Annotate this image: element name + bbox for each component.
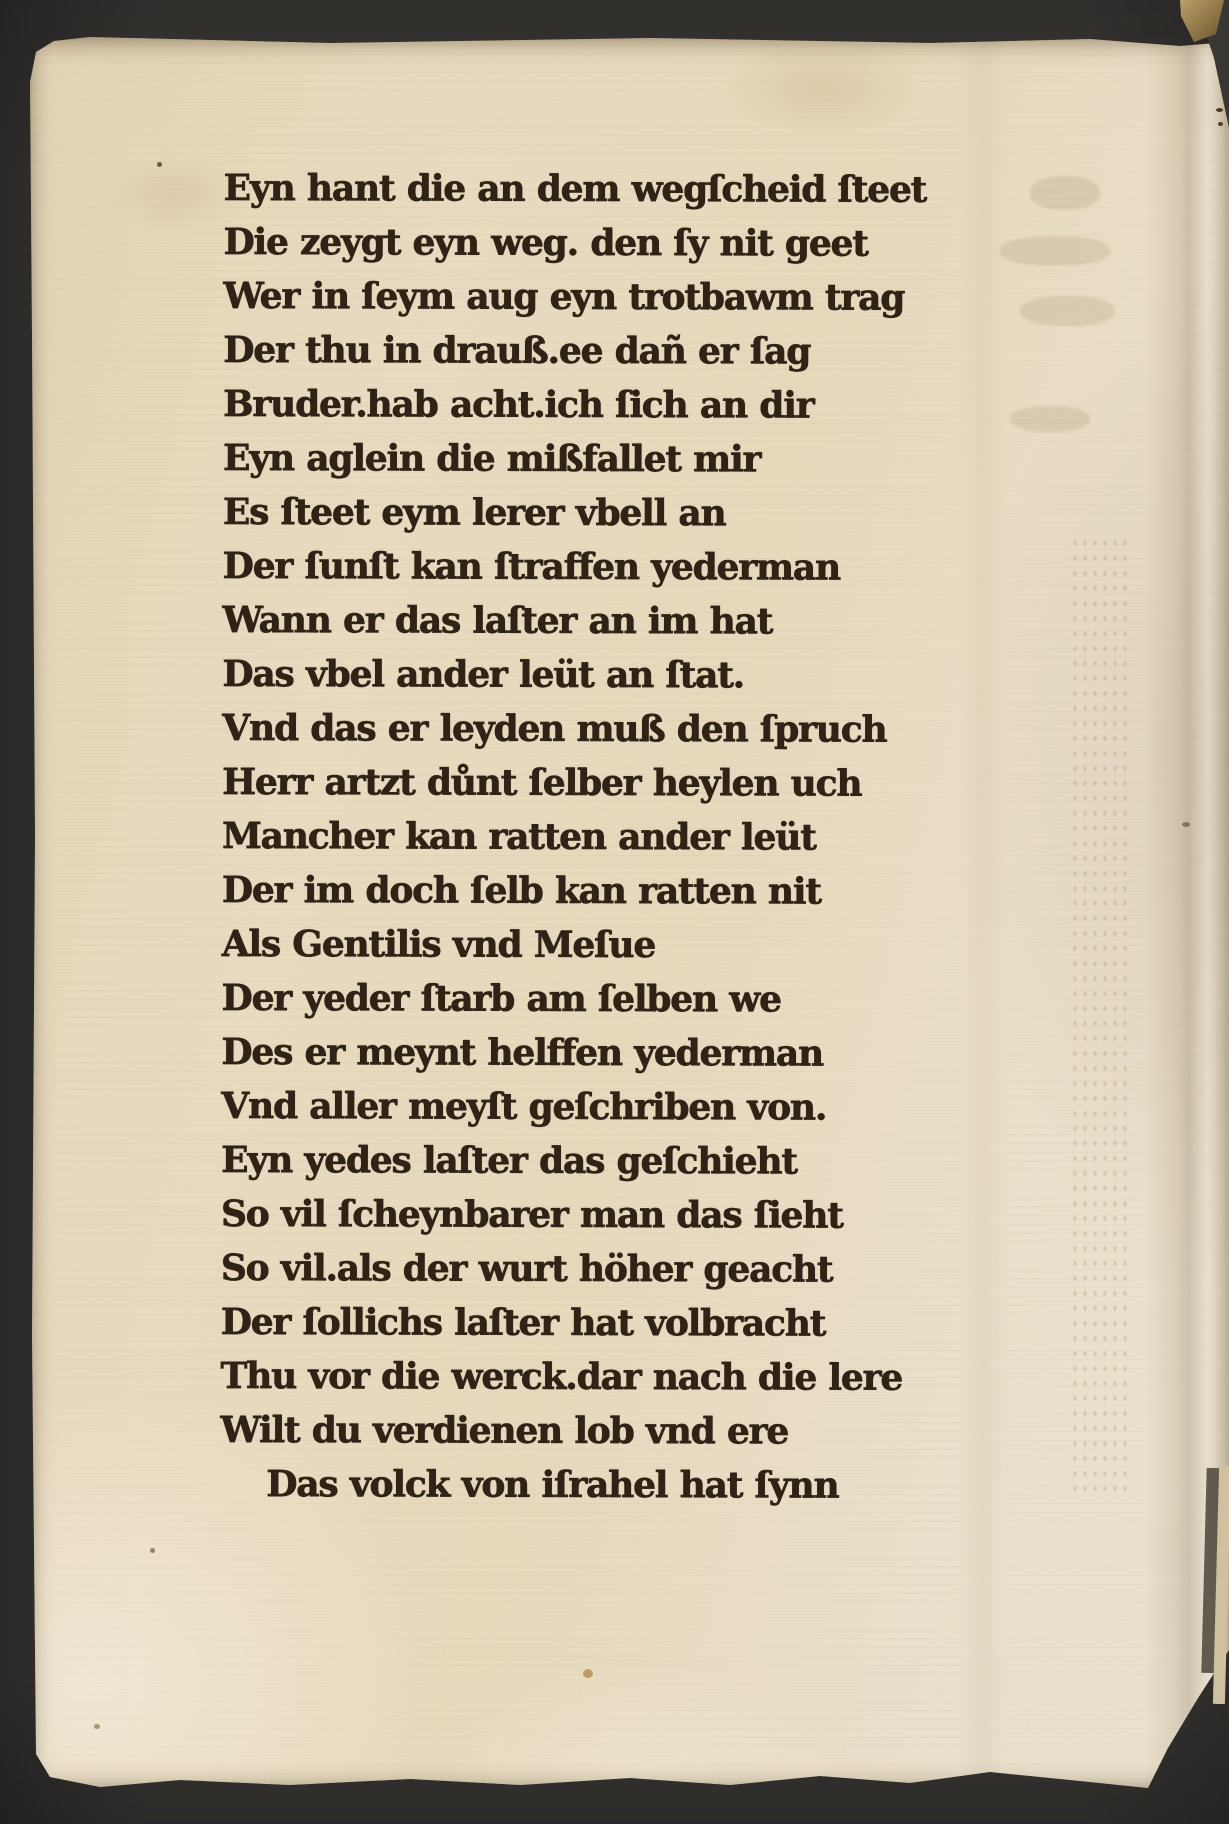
paper-speck bbox=[1218, 122, 1223, 126]
verse-line: Vnd aller meyſt geſchriben von. bbox=[221, 1081, 1001, 1137]
paper-speck bbox=[583, 1669, 593, 1678]
book-page: Eyn hant die an dem wegſcheid ſteetDie z… bbox=[30, 36, 1229, 1788]
showthrough-blot bbox=[1020, 296, 1115, 326]
verse-line: Der thu in drauß.ee dañ er ſag bbox=[223, 325, 1003, 381]
verse-line: Eyn yedes laſter das geſchieht bbox=[221, 1135, 1001, 1191]
verse-line: Der im doch ſelb kan ratten nit bbox=[222, 865, 1002, 921]
showthrough-blot bbox=[1030, 176, 1100, 210]
paper-speck bbox=[150, 1548, 155, 1553]
verse-line: Bruder.hab acht.ich ſich an dir bbox=[223, 379, 1003, 435]
verse-line: Herr artzt důnt ſelber heylen uch bbox=[222, 757, 1002, 813]
verse-line: Der ſunſt kan ſtraffen yederman bbox=[223, 541, 1003, 597]
verse-line: Eyn hant die an dem wegſcheid ſteet bbox=[224, 163, 1004, 219]
verse-line: Die zeygt eyn weg. den ſy nit geet bbox=[223, 217, 1003, 273]
paper-speck bbox=[157, 162, 162, 167]
verse-line: Das vbel ander leüt an ſtat. bbox=[222, 649, 1002, 705]
paper-speck bbox=[94, 1724, 100, 1729]
verse-text-block: Eyn hant die an dem wegſcheid ſteetDie z… bbox=[220, 163, 1004, 1515]
verse-line: Der yeder ſtarb am ſelben we bbox=[222, 973, 1002, 1029]
verse-line: Eyn aglein die mißfallet mir bbox=[223, 433, 1003, 489]
verse-line: Das volck von iſrahel hat ſynn bbox=[220, 1459, 1000, 1515]
paper-speck bbox=[1216, 108, 1223, 112]
verse-line: Wer in ſeym aug eyn trotbawm trag bbox=[223, 271, 1003, 327]
verse-line: Vnd das er leyden muß den ſpruch bbox=[222, 703, 1002, 759]
verse-line: So vil ſcheynbarer man das ſieht bbox=[221, 1189, 1001, 1245]
verse-line: Als Gentilis vnd Meſue bbox=[222, 919, 1002, 975]
showthrough-blot bbox=[1000, 236, 1110, 266]
verse-line: Es ſteet eym lerer vbell an bbox=[223, 487, 1003, 543]
scan-background: Eyn hant die an dem wegſcheid ſteetDie z… bbox=[0, 0, 1229, 1824]
showthrough-column bbox=[1070, 536, 1128, 1496]
verse-line: Thu vor die werck.dar nach die lere bbox=[221, 1351, 1001, 1407]
verse-line: Wann er das laſter an im hat bbox=[222, 595, 1002, 651]
showthrough-blot bbox=[1010, 406, 1090, 432]
paper-speck bbox=[1182, 822, 1190, 827]
verse-line: Mancher kan ratten ander leüt bbox=[222, 811, 1002, 867]
verse-line: So vil.als der wurt höher geacht bbox=[221, 1243, 1001, 1299]
verse-line: Wilt du verdienen lob vnd ere bbox=[220, 1405, 1000, 1461]
verse-line: Des er meynt helffen yederman bbox=[221, 1027, 1001, 1083]
verse-line: Der ſollichs laſter hat volbracht bbox=[221, 1297, 1001, 1353]
